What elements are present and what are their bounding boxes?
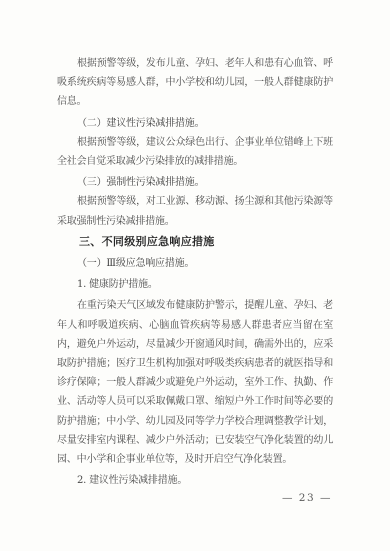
subheading-mandatory-emission-reduction: （三）强制性污染减排措施。 (57, 173, 333, 192)
para-level3-health-protection-detail: 在重污染天气区域发布健康防护警示，提醒儿童、孕妇、老年人和呼吸道疾病、心脑血管疾… (57, 296, 333, 469)
para-suggested-emission-reduction: 根据预警等级，建议公众绿色出行、企事业单位错峰上下班全社会自觉采取减少污染排放的… (57, 133, 333, 171)
heading-response-measures-by-level: 三、不同级别应急响应措施 (57, 233, 333, 252)
item-suggested-emission-reduction-2: 2. 建议性污染减排措施。 (57, 471, 333, 490)
subheading-level3-emergency-response: （一）Ⅲ级应急响应措施。 (57, 254, 333, 273)
subheading-suggested-emission-reduction: （二）建议性污染减排措施。 (57, 114, 333, 133)
para-health-protection-info: 根据预警等级，发布儿童、孕妇、老年人和患有心血管、呼吸系统疾病等易感人群，中小学… (57, 54, 333, 112)
para-mandatory-emission-reduction: 根据预警等级，对工业源、移动源、扬尘源和其他污染源等采取强制性污染减排措施。 (57, 192, 333, 230)
page-number: — 23 — (282, 489, 332, 508)
item-health-protection-measures: 1. 健康防护措施。 (57, 275, 333, 294)
document-page: 根据预警等级，发布儿童、孕妇、老年人和患有心血管、呼吸系统疾病等易感人群，中小学… (0, 0, 390, 551)
